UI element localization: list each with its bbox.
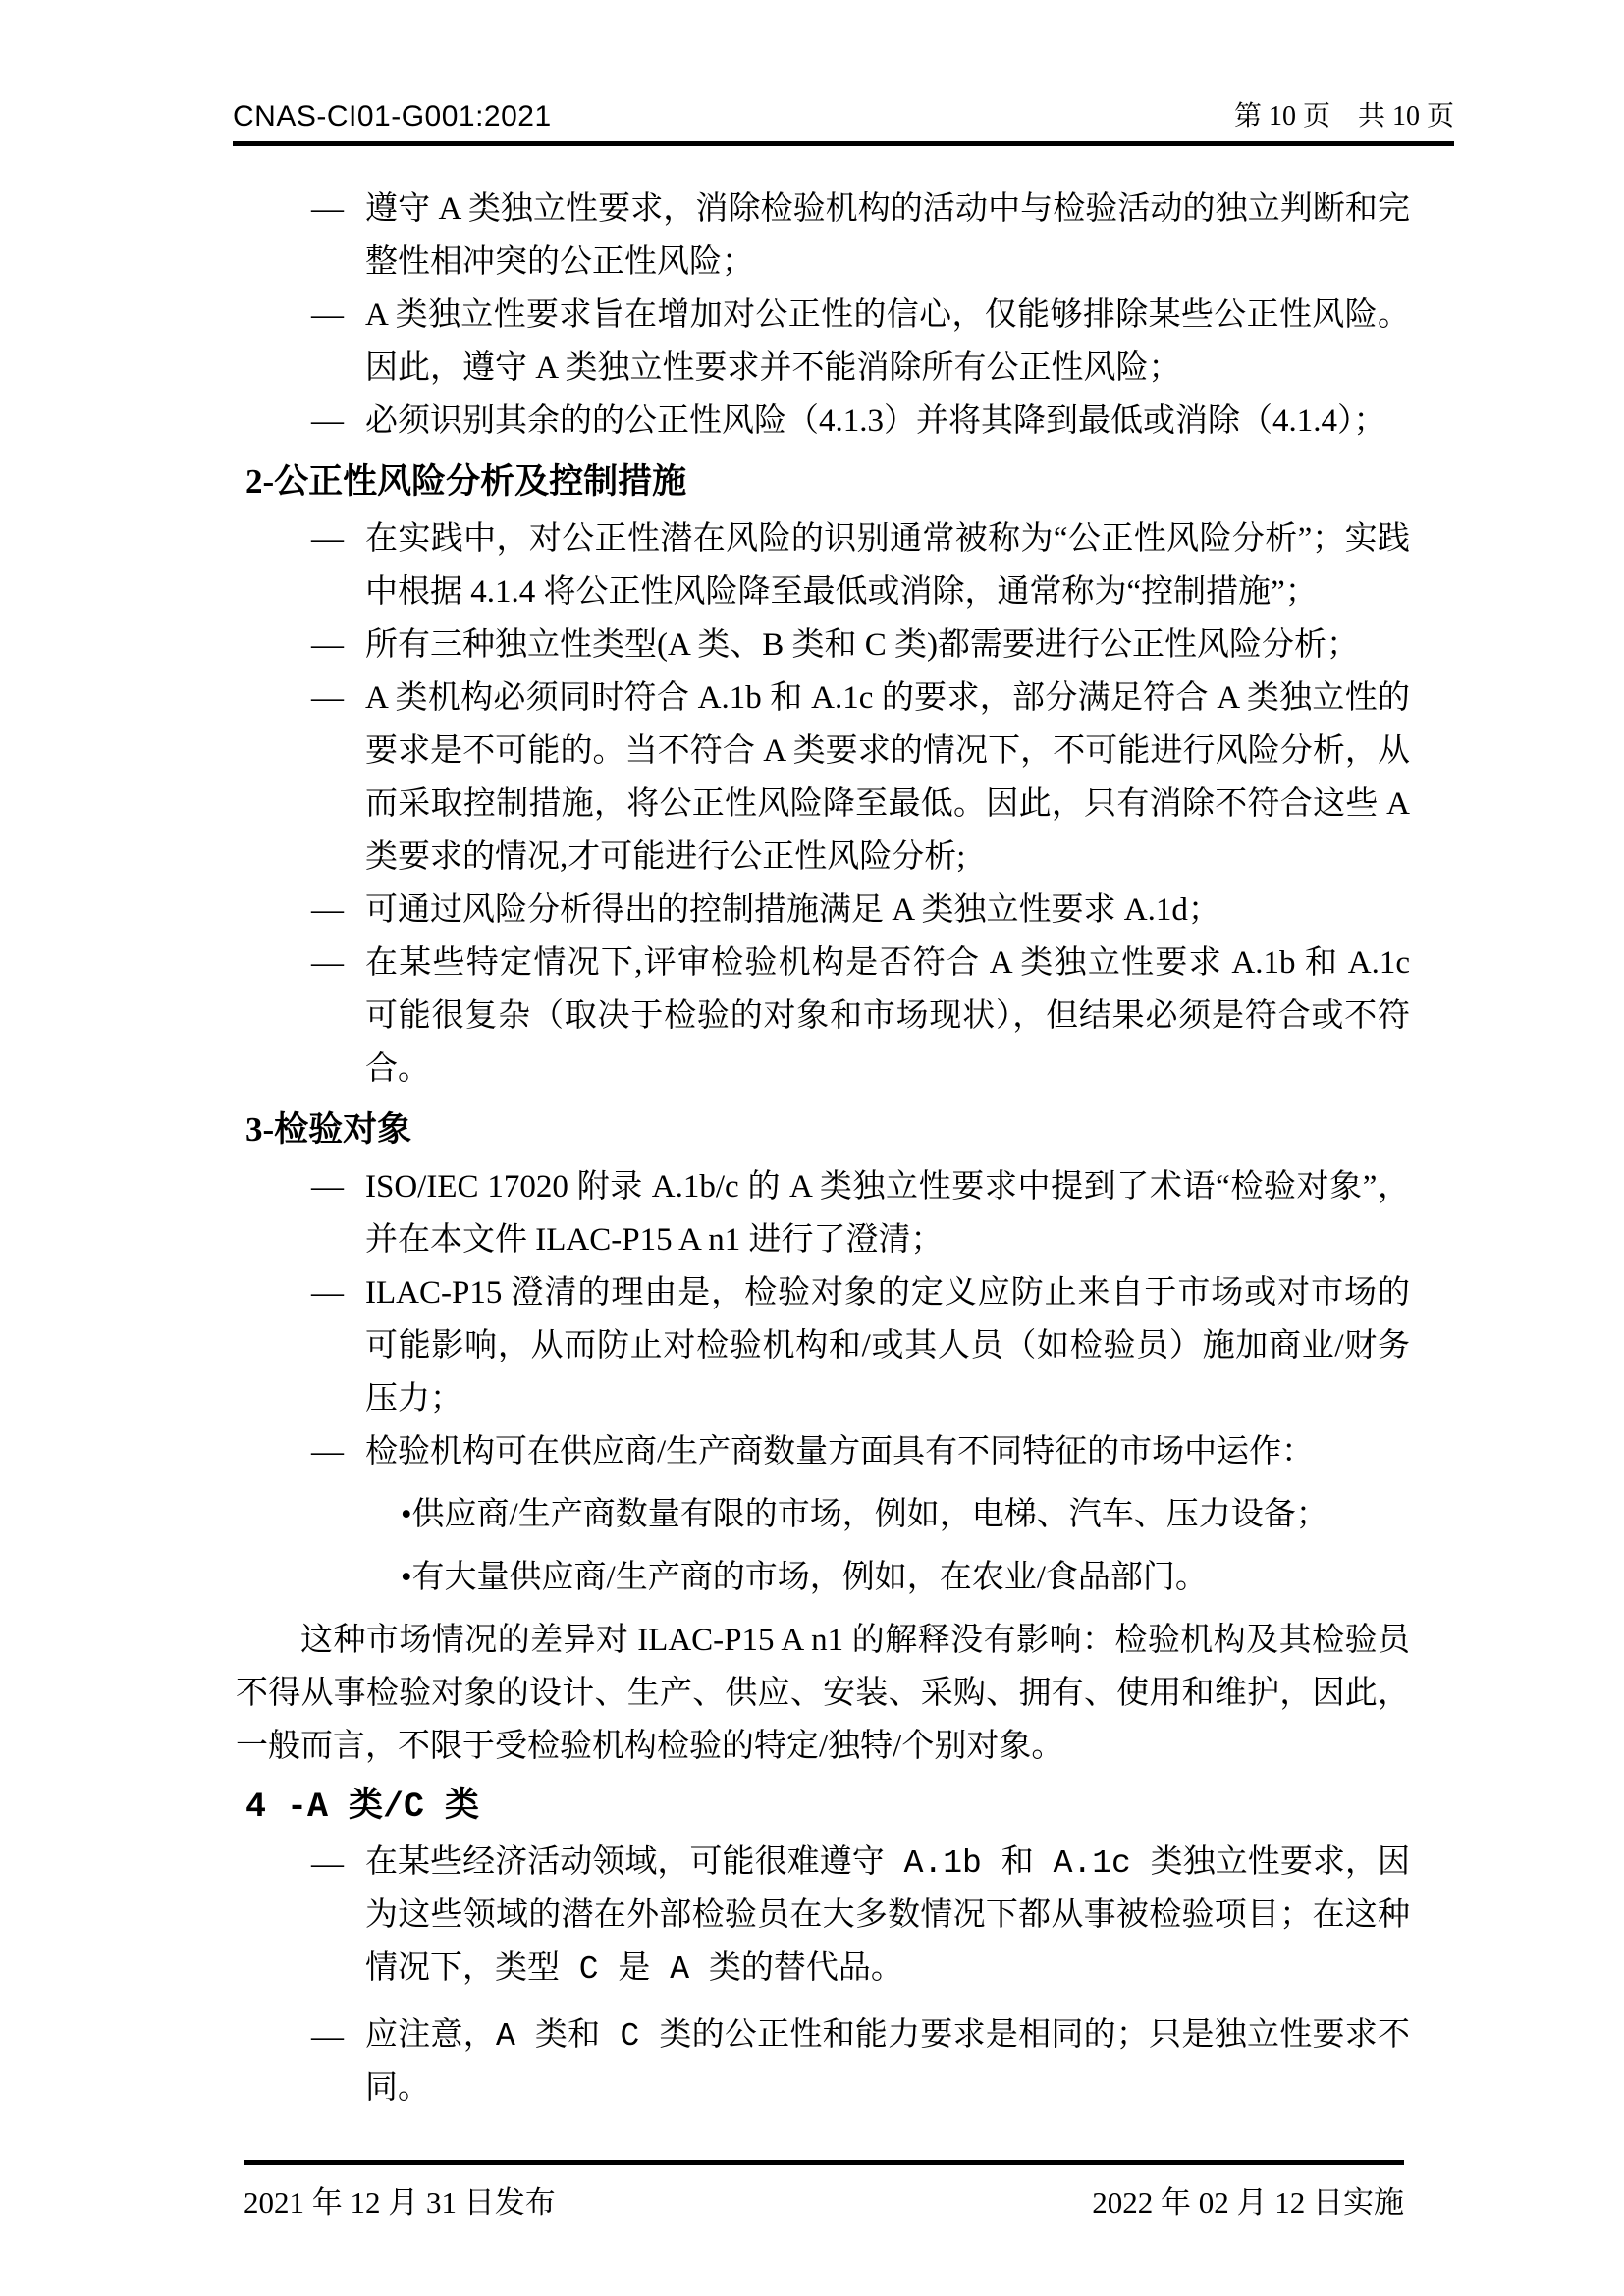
- bullet-dash: —: [311, 618, 365, 671]
- list-item-text: 在某些特定情况下,评审检验机构是否符合 A 类独立性要求 A.1b 和 A.1c…: [365, 936, 1410, 1095]
- bullet-dash: —: [311, 183, 365, 289]
- list-item-text: 遵守 A 类独立性要求，消除检验机构的活动中与检验活动的独立判断和完整性相冲突的…: [365, 183, 1410, 289]
- page-header: CNAS-CI01-G001:2021 第 10 页 共 10 页: [233, 94, 1454, 146]
- closing-paragraph: 这种市场情况的差异对 ILAC-P15 A n1 的解释没有影响：检验机构及其检…: [236, 1614, 1410, 1773]
- bullet-dash: —: [311, 395, 365, 448]
- section-heading-2: 2-公正性风险分析及控制措施: [245, 455, 1410, 508]
- list-item: — 遵守 A 类独立性要求，消除检验机构的活动中与检验活动的独立判断和完整性相冲…: [236, 183, 1410, 289]
- bullet-dash: —: [311, 883, 365, 936]
- list-item-text: 可通过风险分析得出的控制措施满足 A 类独立性要求 A.1d；: [365, 883, 1410, 936]
- bullet-dash: —: [311, 512, 365, 618]
- list-item: — 在某些特定情况下,评审检验机构是否符合 A 类独立性要求 A.1b 和 A.…: [236, 936, 1410, 1095]
- document-body: — 遵守 A 类独立性要求，消除检验机构的活动中与检验活动的独立判断和完整性相冲…: [236, 183, 1410, 2116]
- document-number: CNAS-CI01-G001:2021: [233, 100, 552, 133]
- list-item: — 在实践中，对公正性潜在风险的识别通常被称为“公正性风险分析”；实践中根据 4…: [236, 512, 1410, 618]
- bullet-dash: —: [311, 671, 365, 883]
- page-number-info: 第 10 页 共 10 页: [1234, 94, 1454, 133]
- section-heading-3: 3-检验对象: [245, 1103, 1410, 1156]
- list-item: — A 类机构必须同时符合 A.1b 和 A.1c 的要求，部分满足符合 A 类…: [236, 671, 1410, 883]
- list-item: — 在某些经济活动领域，可能很难遵守 A.1b 和 A.1c 类独立性要求，因为…: [236, 1838, 1410, 1997]
- implement-date: 2022 年 02 月 12 日实施: [1092, 2177, 1404, 2221]
- list-item-text: 所有三种独立性类型(A 类、B 类和 C 类)都需要进行公正性风险分析；: [365, 618, 1410, 671]
- list-item-text: 应注意，A 类和 C 类的公正性和能力要求是相同的；只是独立性要求不同。: [365, 2010, 1410, 2116]
- list-item: — 可通过风险分析得出的控制措施满足 A 类独立性要求 A.1d；: [236, 883, 1410, 936]
- bullet-dash: —: [311, 1425, 365, 1478]
- sub-list-item: •供应商/生产商数量有限的市场，例如，电梯、汽车、压力设备；: [401, 1488, 1410, 1541]
- document-page: CNAS-CI01-G001:2021 第 10 页 共 10 页 — 遵守 A…: [0, 0, 1624, 2296]
- list-item: — ISO/IEC 17020 附录 A.1b/c 的 A 类独立性要求中提到了…: [236, 1160, 1410, 1266]
- list-item: — 应注意，A 类和 C 类的公正性和能力要求是相同的；只是独立性要求不同。: [236, 2010, 1410, 2116]
- page-footer: 2021 年 12 月 31 日发布 2022 年 02 月 12 日实施: [244, 2160, 1404, 2221]
- list-item-text: ISO/IEC 17020 附录 A.1b/c 的 A 类独立性要求中提到了术语…: [365, 1160, 1410, 1266]
- bullet-dash: —: [311, 1838, 365, 1997]
- list-item-text: A 类独立性要求旨在增加对公正性的信心，仅能够排除某些公正性风险。因此，遵守 A…: [365, 289, 1410, 395]
- sub-list-item: •有大量供应商/生产商的市场，例如，在农业/食品部门。: [401, 1551, 1410, 1604]
- list-item-text: 在某些经济活动领域，可能很难遵守 A.1b 和 A.1c 类独立性要求，因为这些…: [365, 1838, 1410, 1997]
- section-heading-4: 4 -A 类/C 类: [245, 1781, 1410, 1834]
- list-item: — 检验机构可在供应商/生产商数量方面具有不同特征的市场中运作：: [236, 1425, 1410, 1478]
- list-item-text: ILAC-P15 澄清的理由是，检验对象的定义应防止来自于市场或对市场的可能影响…: [365, 1266, 1410, 1425]
- bullet-dash: —: [311, 2010, 365, 2116]
- bullet-dash: —: [311, 289, 365, 395]
- list-item-text: 必须识别其余的的公正性风险（4.1.3）并将其降到最低或消除（4.1.4）；: [365, 395, 1410, 448]
- list-item: — 所有三种独立性类型(A 类、B 类和 C 类)都需要进行公正性风险分析；: [236, 618, 1410, 671]
- list-item-text: A 类机构必须同时符合 A.1b 和 A.1c 的要求，部分满足符合 A 类独立…: [365, 671, 1410, 883]
- release-date: 2021 年 12 月 31 日发布: [244, 2177, 556, 2221]
- bullet-dash: —: [311, 1266, 365, 1425]
- list-item-text: 在实践中，对公正性潜在风险的识别通常被称为“公正性风险分析”；实践中根据 4.1…: [365, 512, 1410, 618]
- list-item: — ILAC-P15 澄清的理由是，检验对象的定义应防止来自于市场或对市场的可能…: [236, 1266, 1410, 1425]
- bullet-dash: —: [311, 936, 365, 1095]
- bullet-dash: —: [311, 1160, 365, 1266]
- list-item: — A 类独立性要求旨在增加对公正性的信心，仅能够排除某些公正性风险。因此，遵守…: [236, 289, 1410, 395]
- list-item: — 必须识别其余的的公正性风险（4.1.3）并将其降到最低或消除（4.1.4）；: [236, 395, 1410, 448]
- list-item-text: 检验机构可在供应商/生产商数量方面具有不同特征的市场中运作：: [365, 1425, 1410, 1478]
